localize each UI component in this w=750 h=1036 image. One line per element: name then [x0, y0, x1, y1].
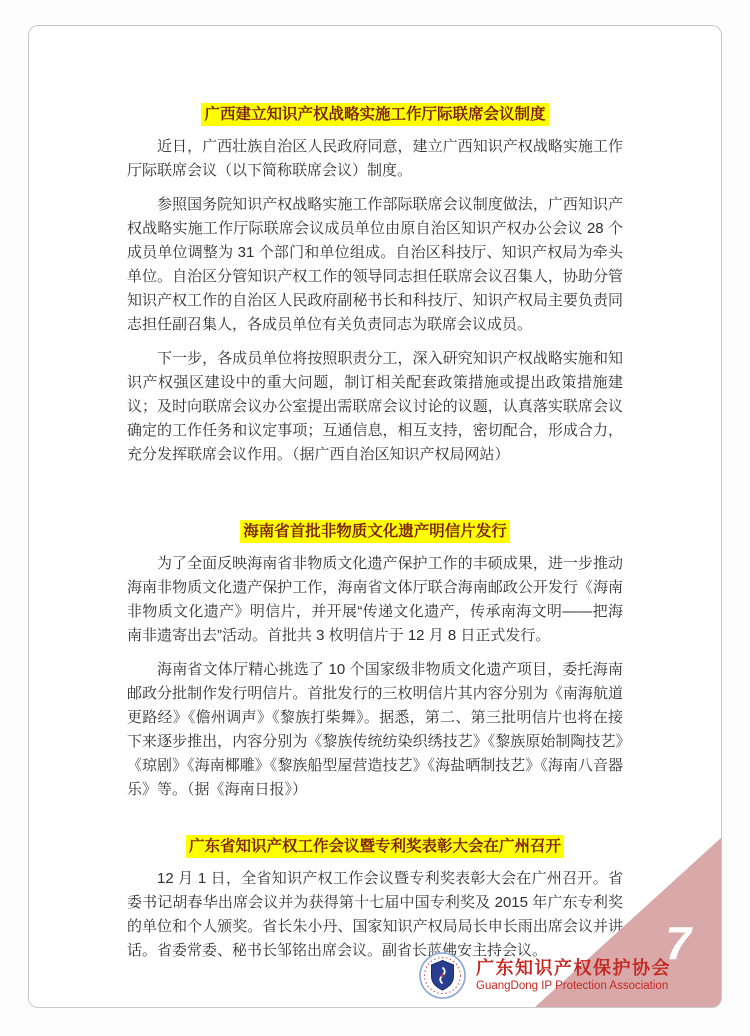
article-paragraph: 为了全面反映海南省非物质文化遗产保护工作的丰硕成果，进一步推动海南非物质文化遗产… — [127, 552, 623, 648]
footer-org-name-en: GuangDong IP Protection Association — [476, 979, 668, 993]
footer-org-name-cn: 广东知识产权保护协会 — [476, 958, 671, 978]
association-emblem-icon — [419, 952, 466, 999]
article-title: 广西建立知识产权战略实施工作厅际联席会议制度 — [127, 98, 623, 126]
article-guangdong-patent-award: 广东省知识产权工作会议暨专利奖表彰大会在广州召开 12 月 1 日，全省知识产权… — [127, 830, 623, 963]
article-guangxi-joint-meeting: 广西建立知识产权战略实施工作厅际联席会议制度 近日，广西壮族自治区人民政府同意，… — [127, 98, 623, 467]
article-paragraph: 下一步，各成员单位将按照职责分工，深入研究知识产权战略实施和知识产权强区建设中的… — [127, 347, 623, 467]
footer-text: 广东知识产权保护协会 GuangDong IP Protection Assoc… — [476, 958, 671, 993]
article-title-highlight: 海南省首批非物质文化遗产明信片发行 — [240, 520, 510, 543]
article-title-highlight: 广东省知识产权工作会议暨专利奖表彰大会在广州召开 — [186, 835, 564, 858]
article-paragraph: 参照国务院知识产权战略实施工作部际联席会议制度做法，广西知识产权战略实施工作厅际… — [127, 193, 623, 337]
article-paragraph: 近日，广西壮族自治区人民政府同意，建立广西知识产权战略实施工作厅际联席会议（以下… — [127, 135, 623, 183]
article-paragraph: 12 月 1 日，全省知识产权工作会议暨专利奖表彰大会在广州召开。省委书记胡春华… — [127, 867, 623, 963]
article-title: 广东省知识产权工作会议暨专利奖表彰大会在广州召开 — [127, 830, 623, 858]
article-hainan-postcards: 海南省首批非物质文化遗产明信片发行 为了全面反映海南省非物质文化遗产保护工作的丰… — [127, 515, 623, 802]
page-content: 广西建立知识产权战略实施工作厅际联席会议制度 近日，广西壮族自治区人民政府同意，… — [29, 26, 721, 963]
article-title-highlight: 广西建立知识产权战略实施工作厅际联席会议制度 — [201, 103, 548, 126]
article-title: 海南省首批非物质文化遗产明信片发行 — [127, 515, 623, 543]
article-paragraph: 海南省文体厅精心挑选了 10 个国家级非物质文化遗产项目，委托海南邮政分批制作发… — [127, 658, 623, 802]
document-page: 广西建立知识产权战略实施工作厅际联席会议制度 近日，广西壮族自治区人民政府同意，… — [28, 25, 722, 1008]
footer: 广东知识产权保护协会 GuangDong IP Protection Assoc… — [419, 952, 671, 999]
